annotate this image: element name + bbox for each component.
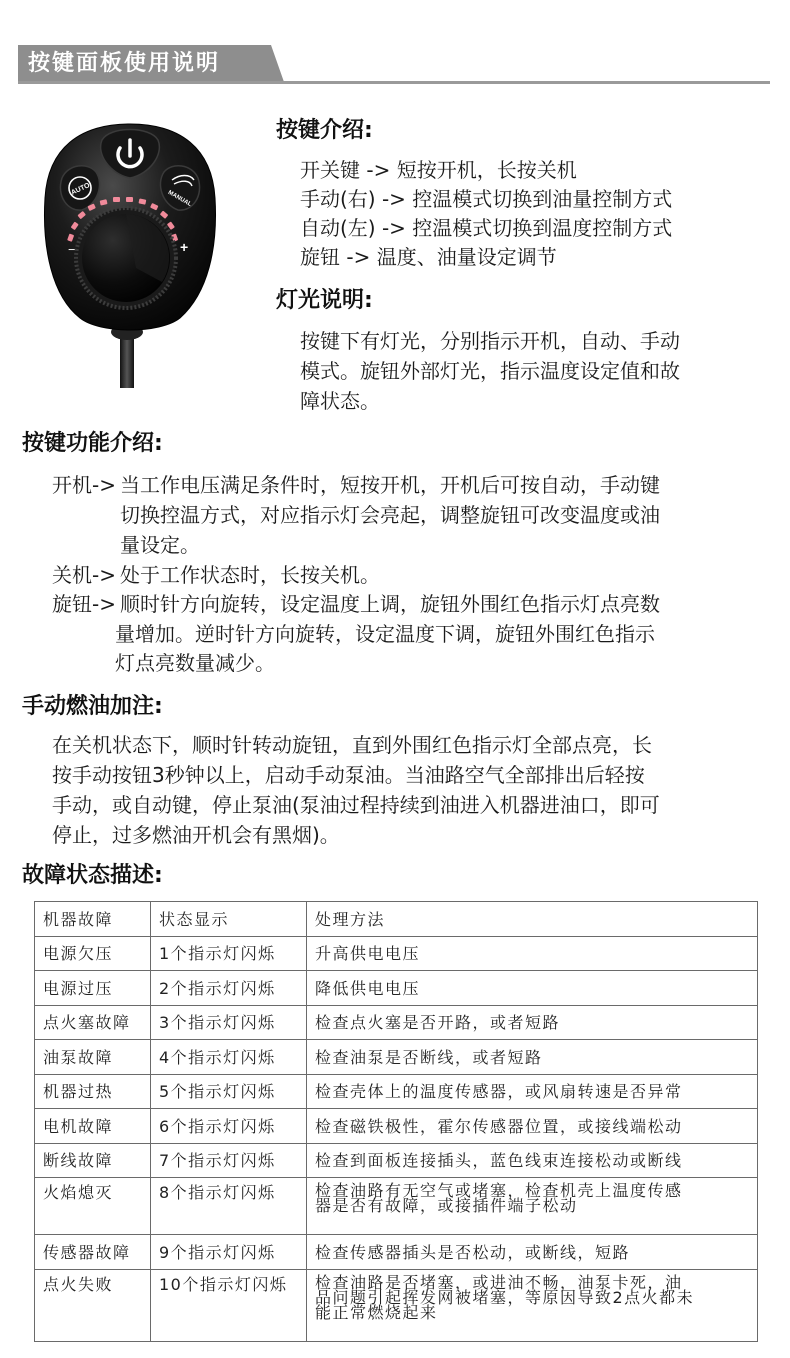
manual-fuel-line: 手动，或自动键，停止泵油(泵油过程持续到油进入机器进油口，即可 (52, 791, 660, 820)
method-cell: 升高供电电压 (307, 936, 758, 971)
method-cell: 检查油泵是否断线，或者短路 (307, 1040, 758, 1075)
column-header: 状态显示 (151, 902, 307, 937)
section-banner: 按键面板使用说明 (18, 45, 770, 84)
display-cell: 3个指示灯闪烁 (151, 1005, 307, 1040)
fault-cell: 电机故障 (35, 1109, 151, 1144)
display-cell: 2个指示灯闪烁 (151, 971, 307, 1006)
table-row: 电源欠压 1个指示灯闪烁 升高供电电压 (35, 936, 758, 971)
manual-fuel-line: 在关机状态下，顺时针转动旋钮，直到外围红色指示灯全部点亮，长 (52, 731, 652, 760)
method-cell: 检查点火塞是否开路，或者短路 (307, 1005, 758, 1040)
fault-table: 机器故障 状态显示 处理方法 电源欠压 1个指示灯闪烁 升高供电电压 电源过压 … (34, 901, 758, 1342)
table-row: 电机故障 6个指示灯闪烁 检查磁铁极性，霍尔传感器位置，或接线端松动 (35, 1109, 758, 1144)
method-line: 器是否有故障，或接插件端子松动 (315, 1198, 749, 1213)
light-intro-heading: 灯光说明: (276, 286, 373, 316)
method-cell: 检查传感器插头是否松动，或断线，短路 (307, 1235, 758, 1270)
function-intro-heading: 按键功能介绍: (22, 429, 163, 459)
column-header: 处理方法 (307, 902, 758, 937)
fault-cell: 传感器故障 (35, 1235, 151, 1270)
power-on-text: 当工作电压满足条件时，短按开机，开机后可按自动，手动键 (120, 471, 660, 500)
power-off-prefix: 关机-> (52, 561, 116, 590)
table-row: 机器过热 5个指示灯闪烁 检查壳体上的温度传感器，或风扇转速是否异常 (35, 1074, 758, 1109)
table-row: 电源过压 2个指示灯闪烁 降低供电电压 (35, 971, 758, 1006)
method-cell: 检查油路有无空气或堵塞，检查机壳上温度传感 器是否有故障，或接插件端子松动 (307, 1178, 758, 1235)
key-intro-line: 旋钮 -> 温度、油量设定调节 (300, 243, 557, 272)
knob-prefix: 旋钮-> (52, 590, 116, 619)
fault-cell: 机器过热 (35, 1074, 151, 1109)
power-on-text: 切换控温方式，对应指示灯会亮起，调整旋钮可改变温度或油 (120, 501, 660, 530)
table-row: 点火失败 10个指示灯闪烁 检查油路是否堵塞，或进油不畅，油泵卡死，油 品问题引… (35, 1269, 758, 1341)
display-cell: 6个指示灯闪烁 (151, 1109, 307, 1144)
fault-cell: 电源欠压 (35, 936, 151, 971)
method-cell: 检查壳体上的温度传感器，或风扇转速是否异常 (307, 1074, 758, 1109)
table-row: 断线故障 7个指示灯闪烁 检查到面板连接插头，蓝色线束连接松动或断线 (35, 1143, 758, 1178)
table-row: 传感器故障 9个指示灯闪烁 检查传感器插头是否松动，或断线，短路 (35, 1235, 758, 1270)
knob-text: 量增加。逆时针方向旋转，设定温度下调，旋钮外围红色指示 (115, 620, 655, 649)
power-on-prefix: 开机-> (52, 471, 116, 500)
method-cell: 检查磁铁极性，霍尔传感器位置，或接线端松动 (307, 1109, 758, 1144)
display-cell: 4个指示灯闪烁 (151, 1040, 307, 1075)
fault-status-heading: 故障状态描述: (22, 861, 163, 891)
display-cell: 10个指示灯闪烁 (151, 1269, 307, 1341)
fault-cell: 油泵故障 (35, 1040, 151, 1075)
fault-cell: 电源过压 (35, 971, 151, 1006)
fault-cell: 点火失败 (35, 1269, 151, 1341)
control-panel-image: AUTO MANUAL − + (40, 118, 220, 388)
manual-fuel-line: 按手动按钮3秒钟以上，启动手动泵油。当油路空气全部排出后轻按 (52, 761, 645, 790)
fault-cell: 点火塞故障 (35, 1005, 151, 1040)
method-cell: 降低供电电压 (307, 971, 758, 1006)
fault-cell: 火焰熄灭 (35, 1178, 151, 1235)
key-intro-line: 手动(右) -> 控温模式切换到油量控制方式 (300, 185, 672, 214)
power-on-text: 量设定。 (120, 531, 200, 560)
column-header: 机器故障 (35, 902, 151, 937)
display-cell: 8个指示灯闪烁 (151, 1178, 307, 1235)
power-off-text: 处于工作状态时，长按关机。 (120, 561, 380, 590)
light-intro-line: 障状态。 (300, 387, 380, 416)
display-cell: 1个指示灯闪烁 (151, 936, 307, 971)
rotary-knob-image (76, 208, 176, 308)
key-intro-heading: 按键介绍: (276, 116, 373, 146)
manual-fuel-line: 停止，过多燃油开机会有黑烟)。 (52, 821, 340, 850)
display-cell: 5个指示灯闪烁 (151, 1074, 307, 1109)
method-line: 能正常燃烧起来 (315, 1305, 749, 1320)
key-intro-line: 自动(左) -> 控温模式切换到温度控制方式 (300, 214, 672, 243)
banner-underline (18, 81, 770, 84)
fault-cell: 断线故障 (35, 1143, 151, 1178)
page-title: 按键面板使用说明 (28, 49, 220, 78)
knob-text: 灯点亮数量减少。 (115, 649, 275, 678)
plus-label: + (180, 239, 188, 255)
display-cell: 9个指示灯闪烁 (151, 1235, 307, 1270)
light-intro-line: 模式。旋钮外部灯光，指示温度设定值和故 (300, 357, 680, 386)
table-row: 火焰熄灭 8个指示灯闪烁 检查油路有无空气或堵塞，检查机壳上温度传感 器是否有故… (35, 1178, 758, 1235)
knob-text: 顺时针方向旋转，设定温度上调，旋钮外围红色指示灯点亮数 (120, 590, 660, 619)
table-row: 油泵故障 4个指示灯闪烁 检查油泵是否断线，或者短路 (35, 1040, 758, 1075)
manual-fuel-heading: 手动燃油加注: (22, 692, 163, 722)
display-cell: 7个指示灯闪烁 (151, 1143, 307, 1178)
light-intro-line: 按键下有灯光，分别指示开机，自动、手动 (300, 327, 680, 356)
method-cell: 检查油路是否堵塞，或进油不畅，油泵卡死，油 品问题引起挥发网被堵塞，等原因导致2… (307, 1269, 758, 1341)
table-row: 点火塞故障 3个指示灯闪烁 检查点火塞是否开路，或者短路 (35, 1005, 758, 1040)
key-intro-line: 开关键 -> 短按开机，长按关机 (300, 156, 577, 185)
table-header-row: 机器故障 状态显示 处理方法 (35, 902, 758, 937)
method-cell: 检查到面板连接插头，蓝色线束连接松动或断线 (307, 1143, 758, 1178)
